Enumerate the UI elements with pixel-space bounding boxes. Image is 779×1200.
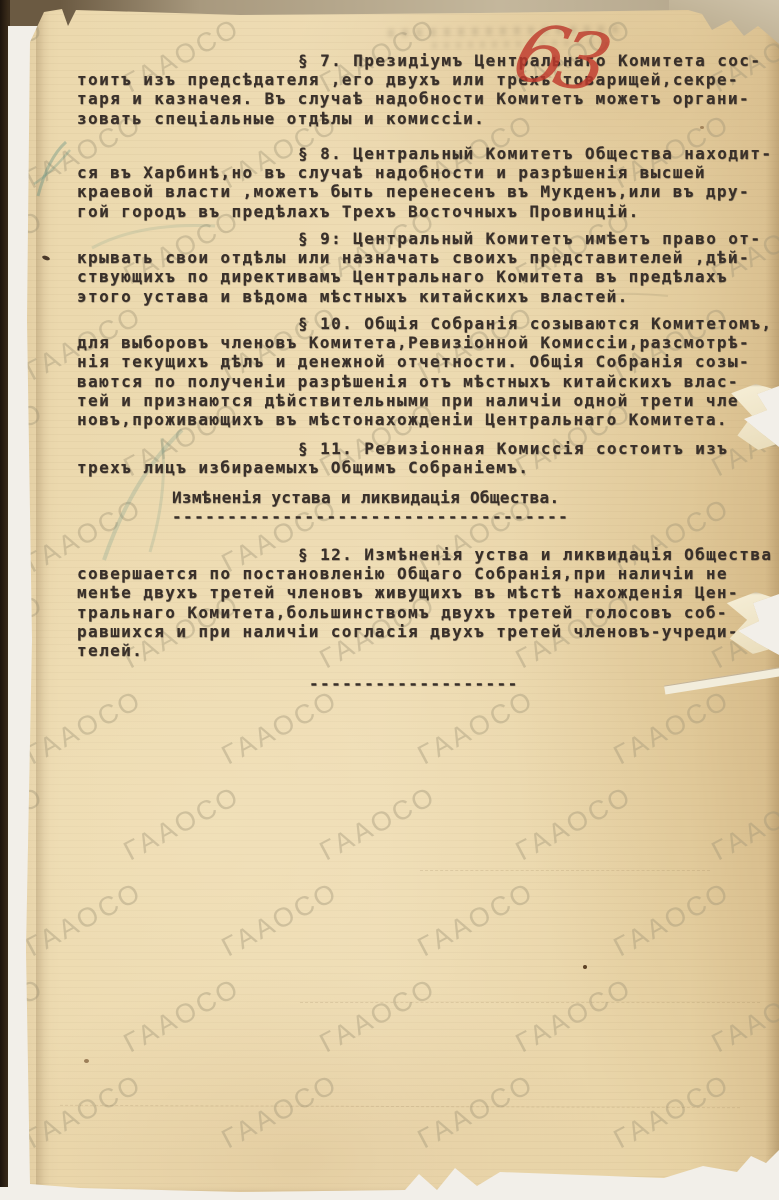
text-line: этого устава и вѣдома мѣстныхъ китайских…: [77, 287, 777, 306]
paper-speck: [583, 965, 587, 969]
text-line: крывать свои отдѣлы или назначать своихъ…: [77, 248, 777, 267]
text-line: § 11. Ревизіонная Комиссія состоитъ изъ: [77, 439, 777, 458]
typed-text-layer: § 7. Президіумъ Центральнаго Комитета со…: [0, 0, 779, 1200]
text-line: ------------------------------------: [172, 507, 779, 526]
text-line: для выборовъ членовъ Комитета,Ревизіонно…: [77, 333, 777, 352]
paragraph-s11: § 11. Ревизіонная Комиссія состоитъ изът…: [77, 439, 777, 477]
text-line: тоитъ изъ предсѣдателя ,его двухъ или тр…: [77, 70, 777, 89]
text-line: § 10. Общія Собранія созываются Комитето…: [77, 314, 777, 333]
paragraph-s7: § 7. Президіумъ Центральнаго Комитета со…: [77, 51, 777, 128]
text-line: телей.: [77, 641, 777, 660]
binding-spine: [0, 0, 8, 1187]
text-line: § 8. Центральный Комитетъ Общества наход…: [77, 144, 777, 163]
paragraph-heading: Измѣненія устава и ликвидація Общества.: [172, 488, 779, 507]
archival-scan: ГААОСОГААОСОГААОСОГААОСОГААОСОГААОСОГААО…: [0, 0, 779, 1200]
text-line: ся въ Харбинѣ,но въ случаѣ надобности и …: [77, 163, 777, 182]
text-line: зовать спеціальные отдѣлы и комиссіи.: [77, 109, 777, 128]
text-line: Измѣненія устава и ликвидація Общества.: [172, 488, 779, 507]
fold-line: [420, 870, 710, 871]
document-page: ГААОСОГААОСОГААОСОГААОСОГААОСОГААОСОГААО…: [0, 0, 779, 1200]
text-line: тральнаго Комитета,большинствомъ двухъ т…: [77, 603, 777, 622]
text-line: § 12. Измѣненія уства и ликвидація Общес…: [77, 545, 777, 564]
paragraph-s8: § 8. Центральный Комитетъ Общества наход…: [77, 144, 777, 221]
text-line: нія текущихъ дѣлъ и денежной отчетности.…: [77, 352, 777, 371]
text-line: трехъ лицъ избираемыхъ Общимъ Собраніемъ…: [77, 458, 777, 477]
paragraph-dash1: ------------------------------------: [172, 507, 779, 526]
text-line: § 9: Центральный Комитетъ имѣетъ право о…: [77, 229, 777, 248]
text-line: § 7. Президіумъ Центральнаго Комитета со…: [77, 51, 777, 70]
paragraph-s12: § 12. Измѣненія уства и ликвидація Общес…: [77, 545, 777, 660]
text-line: новъ,проживающихъ въ мѣстонахожденіи Цен…: [77, 410, 777, 429]
text-line: ствующихъ по директивамъ Центральнаго Ко…: [77, 267, 777, 286]
text-line: равшихся и при наличіи согласія двухъ тр…: [77, 622, 777, 641]
paragraph-s9: § 9: Центральный Комитетъ имѣетъ право о…: [77, 229, 777, 306]
paragraph-s10: § 10. Общія Собранія созываются Комитето…: [77, 314, 777, 429]
text-line: гой городъ въ предѣлахъ Трехъ Восточныхъ…: [77, 202, 777, 221]
text-line: таря и казначея. Въ случаѣ надобности Ко…: [77, 89, 777, 108]
fold-line: [300, 1002, 760, 1003]
text-line: ваются по полученіи разрѣшенія отъ мѣстн…: [77, 372, 777, 391]
text-line: совершается по постановленію Общаго Собр…: [77, 564, 777, 583]
text-line: тей и признаются дѣйствительными при нал…: [77, 391, 777, 410]
text-line: менѣе двухъ третей членовъ живущихъ въ м…: [77, 583, 777, 602]
paper-speck: [84, 1059, 89, 1063]
text-line: краевой власти ,можетъ быть перенесенъ в…: [77, 182, 777, 201]
paper-speck: [700, 126, 704, 129]
